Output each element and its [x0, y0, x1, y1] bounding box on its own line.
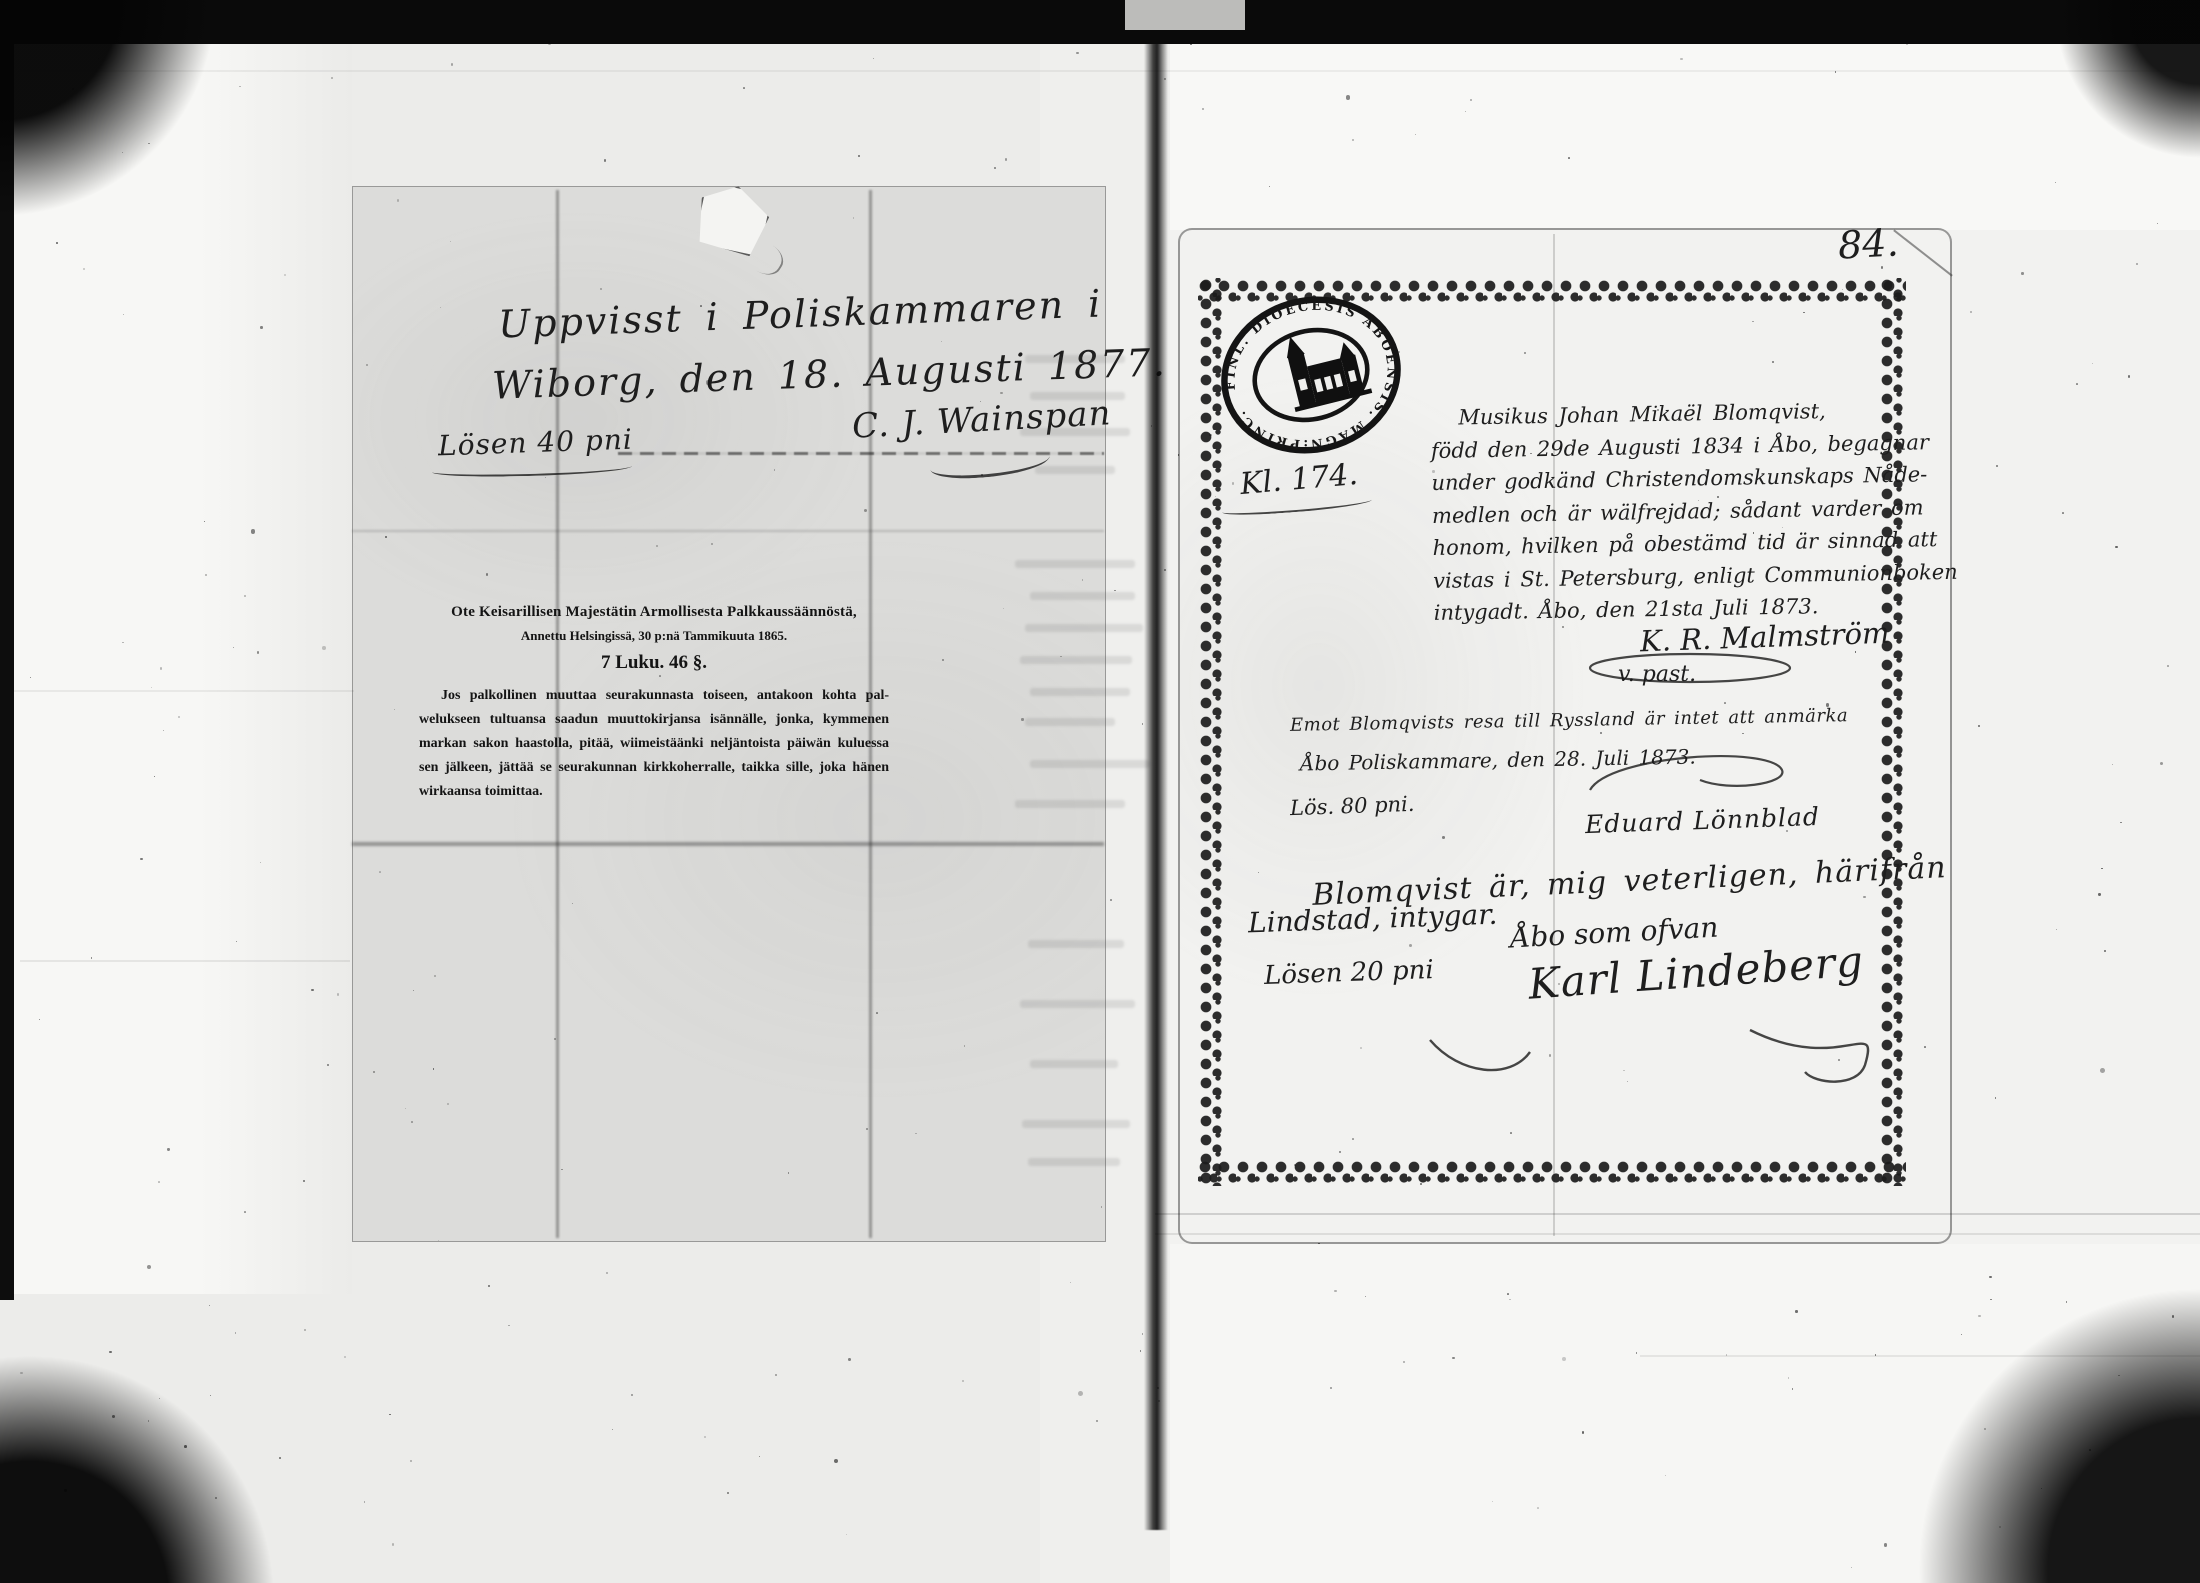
- scan-streak: [1155, 1233, 2200, 1235]
- extract-body-line: wirkaansa toimittaa.: [419, 780, 889, 804]
- extract-body-line: Jos palkollinen muuttaa seurakunnasta to…: [419, 684, 889, 708]
- extract-subtitle: Annettu Helsingissä, 30 p:nä Tammikuuta …: [408, 628, 900, 644]
- scanned-archive-spread: Uppvisst i Poliskammaren i Wiborg, den 1…: [0, 0, 2200, 1583]
- police-fee-note: Lös. 80 pni.: [1290, 792, 1415, 820]
- lower-signature-flourish: [1420, 980, 1900, 1100]
- film-frame-top-gap: [1125, 0, 1245, 30]
- extract-body: Jos palkollinen muuttaa seurakunnasta to…: [419, 684, 889, 804]
- printed-statute-extract: Ote Keisarillisen Majestätin Armollisest…: [408, 604, 900, 804]
- binding-fold: [1144, 30, 1168, 1530]
- horizontal-fold-crease-1: [352, 530, 1104, 532]
- extract-body-line: sen jälkeen, jättää se seurakunnan kirkk…: [419, 756, 889, 780]
- scan-streak: [20, 960, 350, 962]
- lace-border-bottom: [1198, 1159, 1906, 1186]
- film-frame-top-bar: [0, 0, 2200, 44]
- lower-fee-note: Lösen 20 pni: [1264, 955, 1435, 991]
- extract-title: Ote Keisarillisen Majestätin Armollisest…: [408, 604, 900, 621]
- scan-streak: [20, 70, 2180, 72]
- extract-body-line: welukseen tultuansa saadun muuttokirjans…: [419, 708, 889, 732]
- extract-body-line: markan sakon haastolla, pitää, wiimeistä…: [419, 732, 889, 756]
- scan-streak: [1155, 1213, 2200, 1215]
- right-page-bottom-margin: [1170, 1244, 2200, 1583]
- left-margin-paper: [14, 44, 352, 1294]
- lace-border-left: [1198, 278, 1225, 1186]
- police-signature-flourish: [1570, 650, 1800, 810]
- horizontal-fold-crease-2: [352, 842, 1104, 846]
- folio-number: 84.: [1837, 220, 1900, 267]
- right-page-top-margin: [1170, 40, 2200, 230]
- scan-streak: [1640, 1355, 2200, 1357]
- film-frame-left-strip: [0, 0, 14, 1300]
- extract-section: 7 Luku. 46 §.: [408, 652, 900, 674]
- certificate-text: Musikus Johan Mikaël Blomqvist, född den…: [1430, 394, 1886, 629]
- fee-note-left: Lösen 40 pni: [437, 423, 633, 463]
- scan-streak: [14, 690, 354, 692]
